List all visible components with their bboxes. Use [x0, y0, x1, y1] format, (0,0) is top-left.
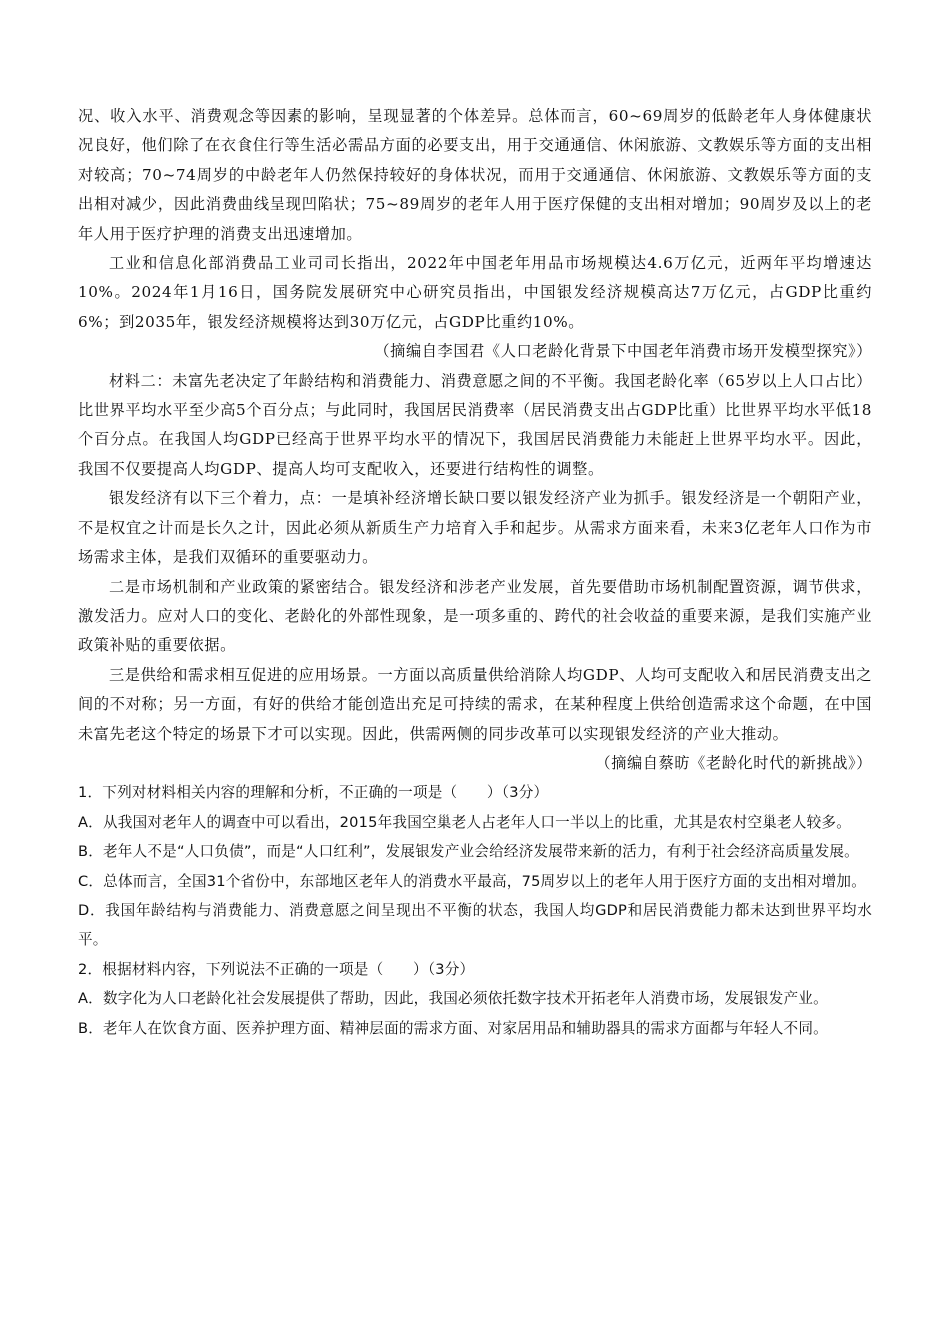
material-two-paragraph-4: 三是供给和需求相互促进的应用场景。一方面以高质量供给消除人均GDP、人均可支配收…: [78, 661, 872, 749]
passage-paragraph-continued: 况、收入水平、消费观念等因素的影响，呈现显著的个体差异。总体而言，60~69周岁…: [78, 102, 872, 249]
source-citation-1: （摘编自李国君《人口老龄化背景下中国老年消费市场开发模型探究》）: [78, 337, 872, 366]
option-b: B．老年人不是“人口负债”，而是“人口红利”，发展银发产业会给经济发展带来新的活…: [78, 837, 872, 866]
option-b: B．老年人在饮食方面、医养护理方面、精神层面的需求方面、对家居用品和辅助器具的需…: [78, 1014, 872, 1043]
option-d: D．我国年龄结构与消费能力、消费意愿之间呈现出不平衡的状态，我国人均GDP和居民…: [78, 896, 872, 955]
passage-paragraph-market-size: 工业和信息化部消费品工业司司长指出，2022年中国老年用品市场规模达4.6万亿元…: [78, 249, 872, 337]
option-a: A．从我国对老年人的调查中可以看出，2015年我国空巢老人占老年人口一半以上的比…: [78, 808, 872, 837]
option-c: C．总体而言，全国31个省份中，东部地区老年人的消费水平最高，75周岁以上的老年…: [78, 867, 872, 896]
question-stem: 1．下列对材料相关内容的理解和分析，不正确的一项是（ ）（3分）: [78, 778, 872, 807]
source-citation-2: （摘编自蔡昉《老龄化时代的新挑战》）: [78, 749, 872, 778]
question-2: 2．根据材料内容，下列说法不正确的一项是（ ）（3分） A．数字化为人口老龄化社…: [78, 955, 872, 1043]
material-two-paragraph-3: 二是市场机制和产业政策的紧密结合。银发经济和涉老产业发展，首先要借助市场机制配置…: [78, 573, 872, 661]
option-a: A．数字化为人口老龄化社会发展提供了帮助，因此，我国必须依托数字技术开拓老年人消…: [78, 984, 872, 1013]
exam-page: 况、收入水平、消费观念等因素的影响，呈现显著的个体差异。总体而言，60~69周岁…: [78, 102, 872, 1043]
question-1: 1．下列对材料相关内容的理解和分析，不正确的一项是（ ）（3分） A．从我国对老…: [78, 778, 872, 954]
material-two-paragraph-1: 材料二：未富先老决定了年龄结构和消费能力、消费意愿之间的不平衡。我国老龄化率（6…: [78, 367, 872, 485]
material-two-paragraph-2: 银发经济有以下三个着力，点：一是填补经济增长缺口要以银发经济产业为抓手。银发经济…: [78, 484, 872, 572]
question-stem: 2．根据材料内容，下列说法不正确的一项是（ ）（3分）: [78, 955, 872, 984]
